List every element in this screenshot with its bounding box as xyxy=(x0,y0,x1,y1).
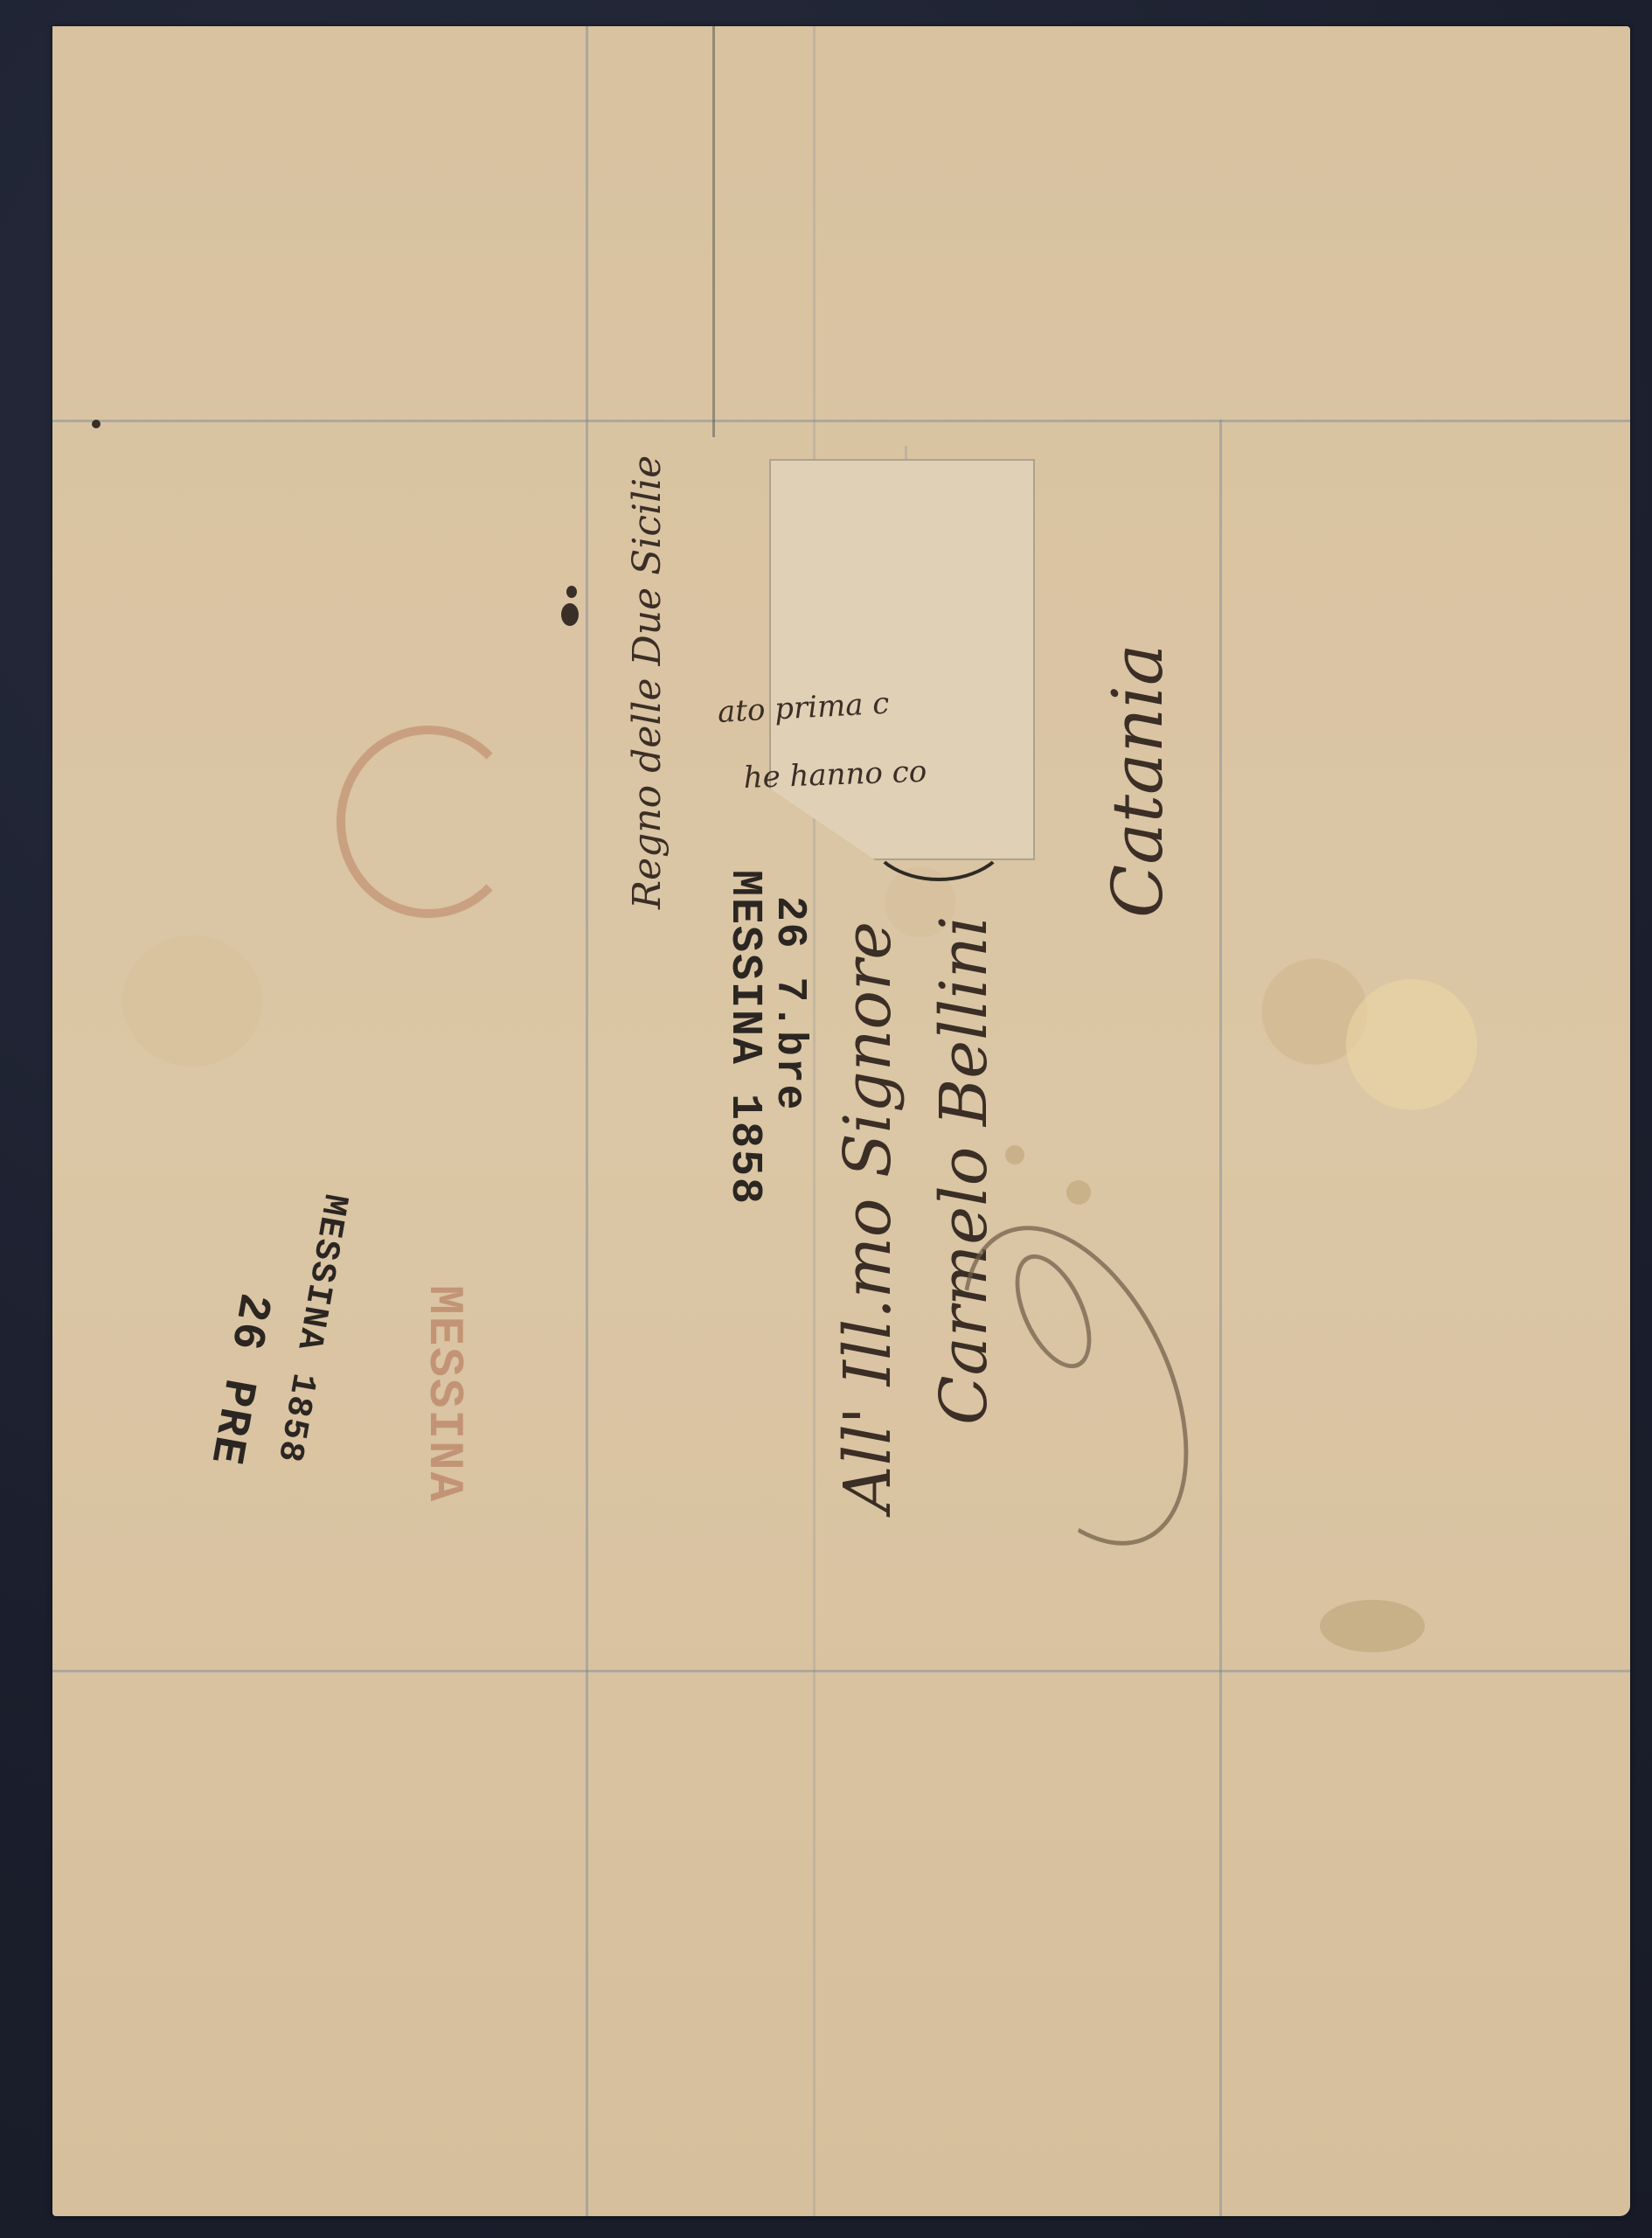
center-postmark-line-2: 26 7.bre xyxy=(766,896,813,1111)
destination-city: Catania xyxy=(1097,643,1178,918)
letter-sheet: ato prima c he hanno co MESSINA Regno de… xyxy=(52,26,1630,2216)
endorsement-text: Regno delle Due Sicilie xyxy=(625,455,670,909)
stain xyxy=(122,935,262,1067)
flap-edge xyxy=(712,26,715,437)
fold-line-right xyxy=(1219,420,1222,2216)
stain xyxy=(1346,979,1477,1110)
stain xyxy=(1005,1145,1024,1164)
center-postmark-line-1: MESSINA 1858 xyxy=(719,870,769,1206)
dark-circle-postmark xyxy=(865,778,1012,881)
ink-blot xyxy=(566,586,577,598)
fold-line-left xyxy=(586,26,588,2216)
fold-line-top xyxy=(52,420,1630,422)
fold-line-bottom xyxy=(52,1670,1630,1672)
red-postmark-text: MESSINA xyxy=(416,1285,472,1503)
fold-line-center xyxy=(813,26,816,2216)
stain xyxy=(1320,1600,1425,1652)
left-postmark-line-1: MESSINA 1858 xyxy=(267,1191,354,1466)
salutation-text: All' Ill.mo Signore xyxy=(830,921,906,1512)
ink-dot xyxy=(92,420,101,428)
ink-blot xyxy=(561,603,579,626)
left-postmark-line-2: 26 PRE xyxy=(198,1289,280,1470)
stain xyxy=(1066,1180,1091,1205)
red-circular-postmark xyxy=(337,726,520,918)
